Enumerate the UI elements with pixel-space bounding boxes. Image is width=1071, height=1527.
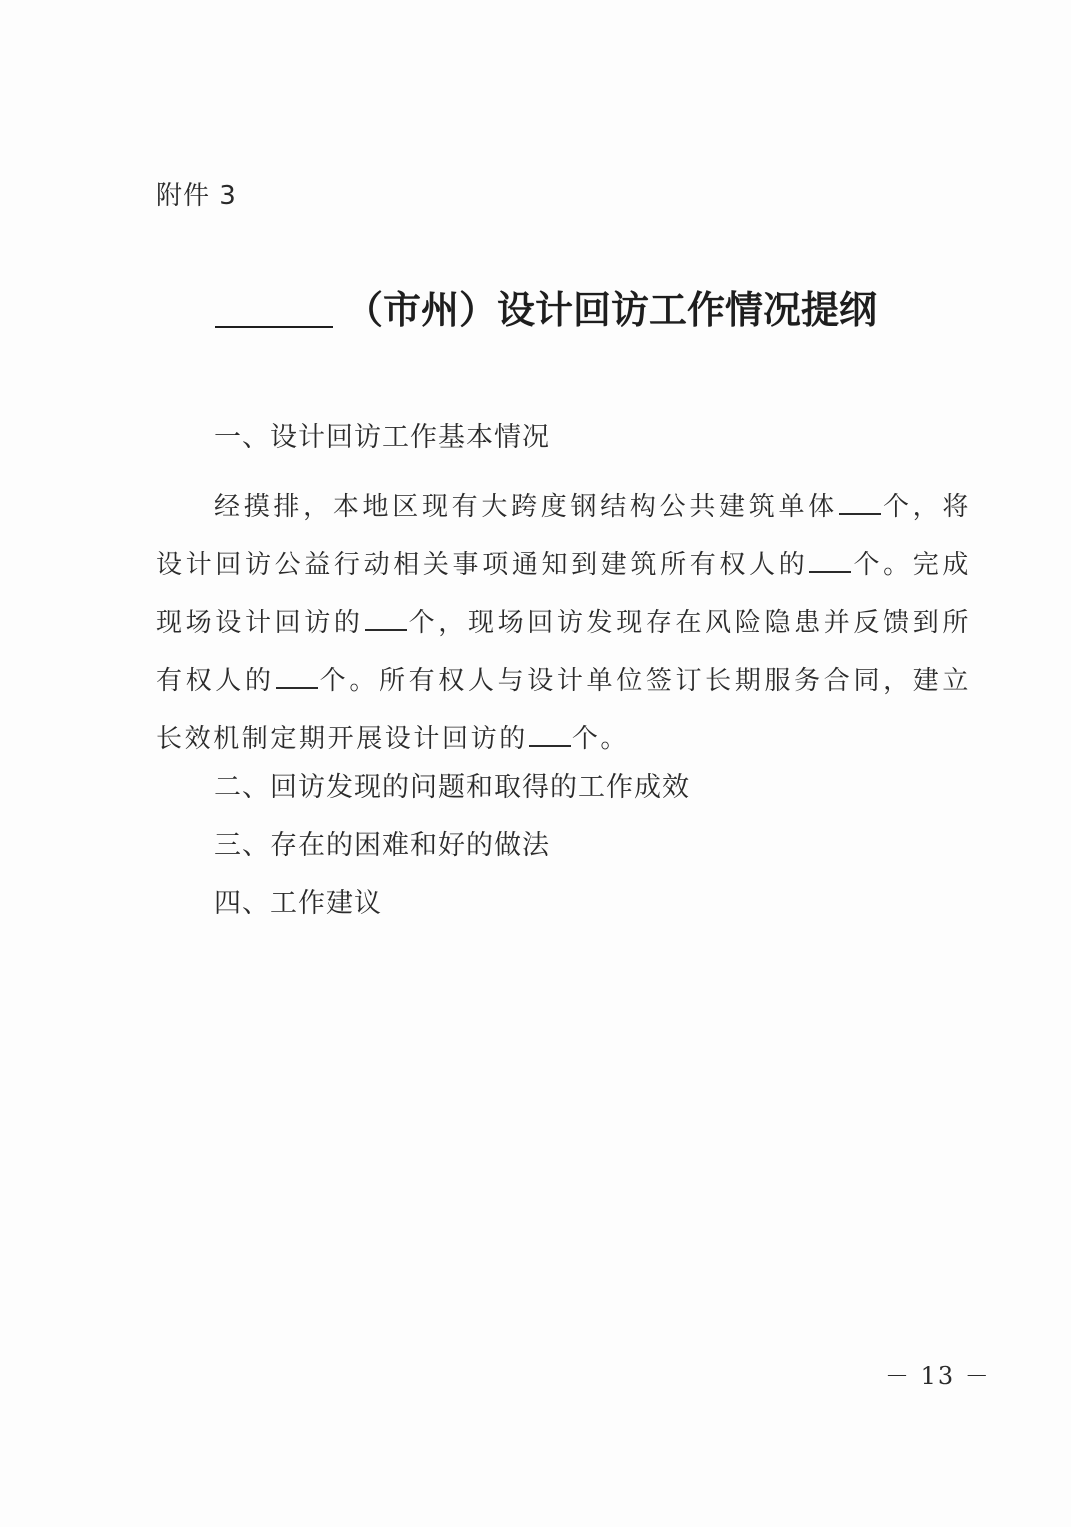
fill-in-blank	[276, 665, 318, 689]
title-fill-in-blank	[215, 326, 333, 328]
fill-in-blank	[529, 723, 571, 747]
section-heading-3: 三、存在的困难和好的做法	[214, 826, 550, 866]
section-heading-4: 四、工作建议	[214, 884, 382, 924]
fill-in-blank	[365, 607, 407, 631]
document-page: 附件 3 （市州）设计回访工作情况提纲 一、设计回访工作基本情况 经摸排，本地区…	[0, 0, 1071, 1527]
paragraph-segment: 经摸排，本地区现有大跨度钢结构公共建筑单体	[214, 492, 838, 522]
section-1-paragraph: 经摸排，本地区现有大跨度钢结构公共建筑单体个，将设计回访公益行动相关事项通知到建…	[156, 478, 971, 768]
page-number: － 13 －	[885, 1356, 991, 1391]
attachment-label: 附件 3	[156, 178, 237, 214]
fill-in-blank	[839, 491, 881, 515]
paragraph-segment: 个。	[572, 724, 629, 754]
section-heading-2: 二、回访发现的问题和取得的工作成效	[214, 768, 690, 808]
document-title: （市州）设计回访工作情况提纲	[215, 278, 935, 338]
title-text: （市州）设计回访工作情况提纲	[345, 282, 877, 338]
fill-in-blank	[809, 549, 851, 573]
section-heading-1: 一、设计回访工作基本情况	[214, 418, 550, 458]
